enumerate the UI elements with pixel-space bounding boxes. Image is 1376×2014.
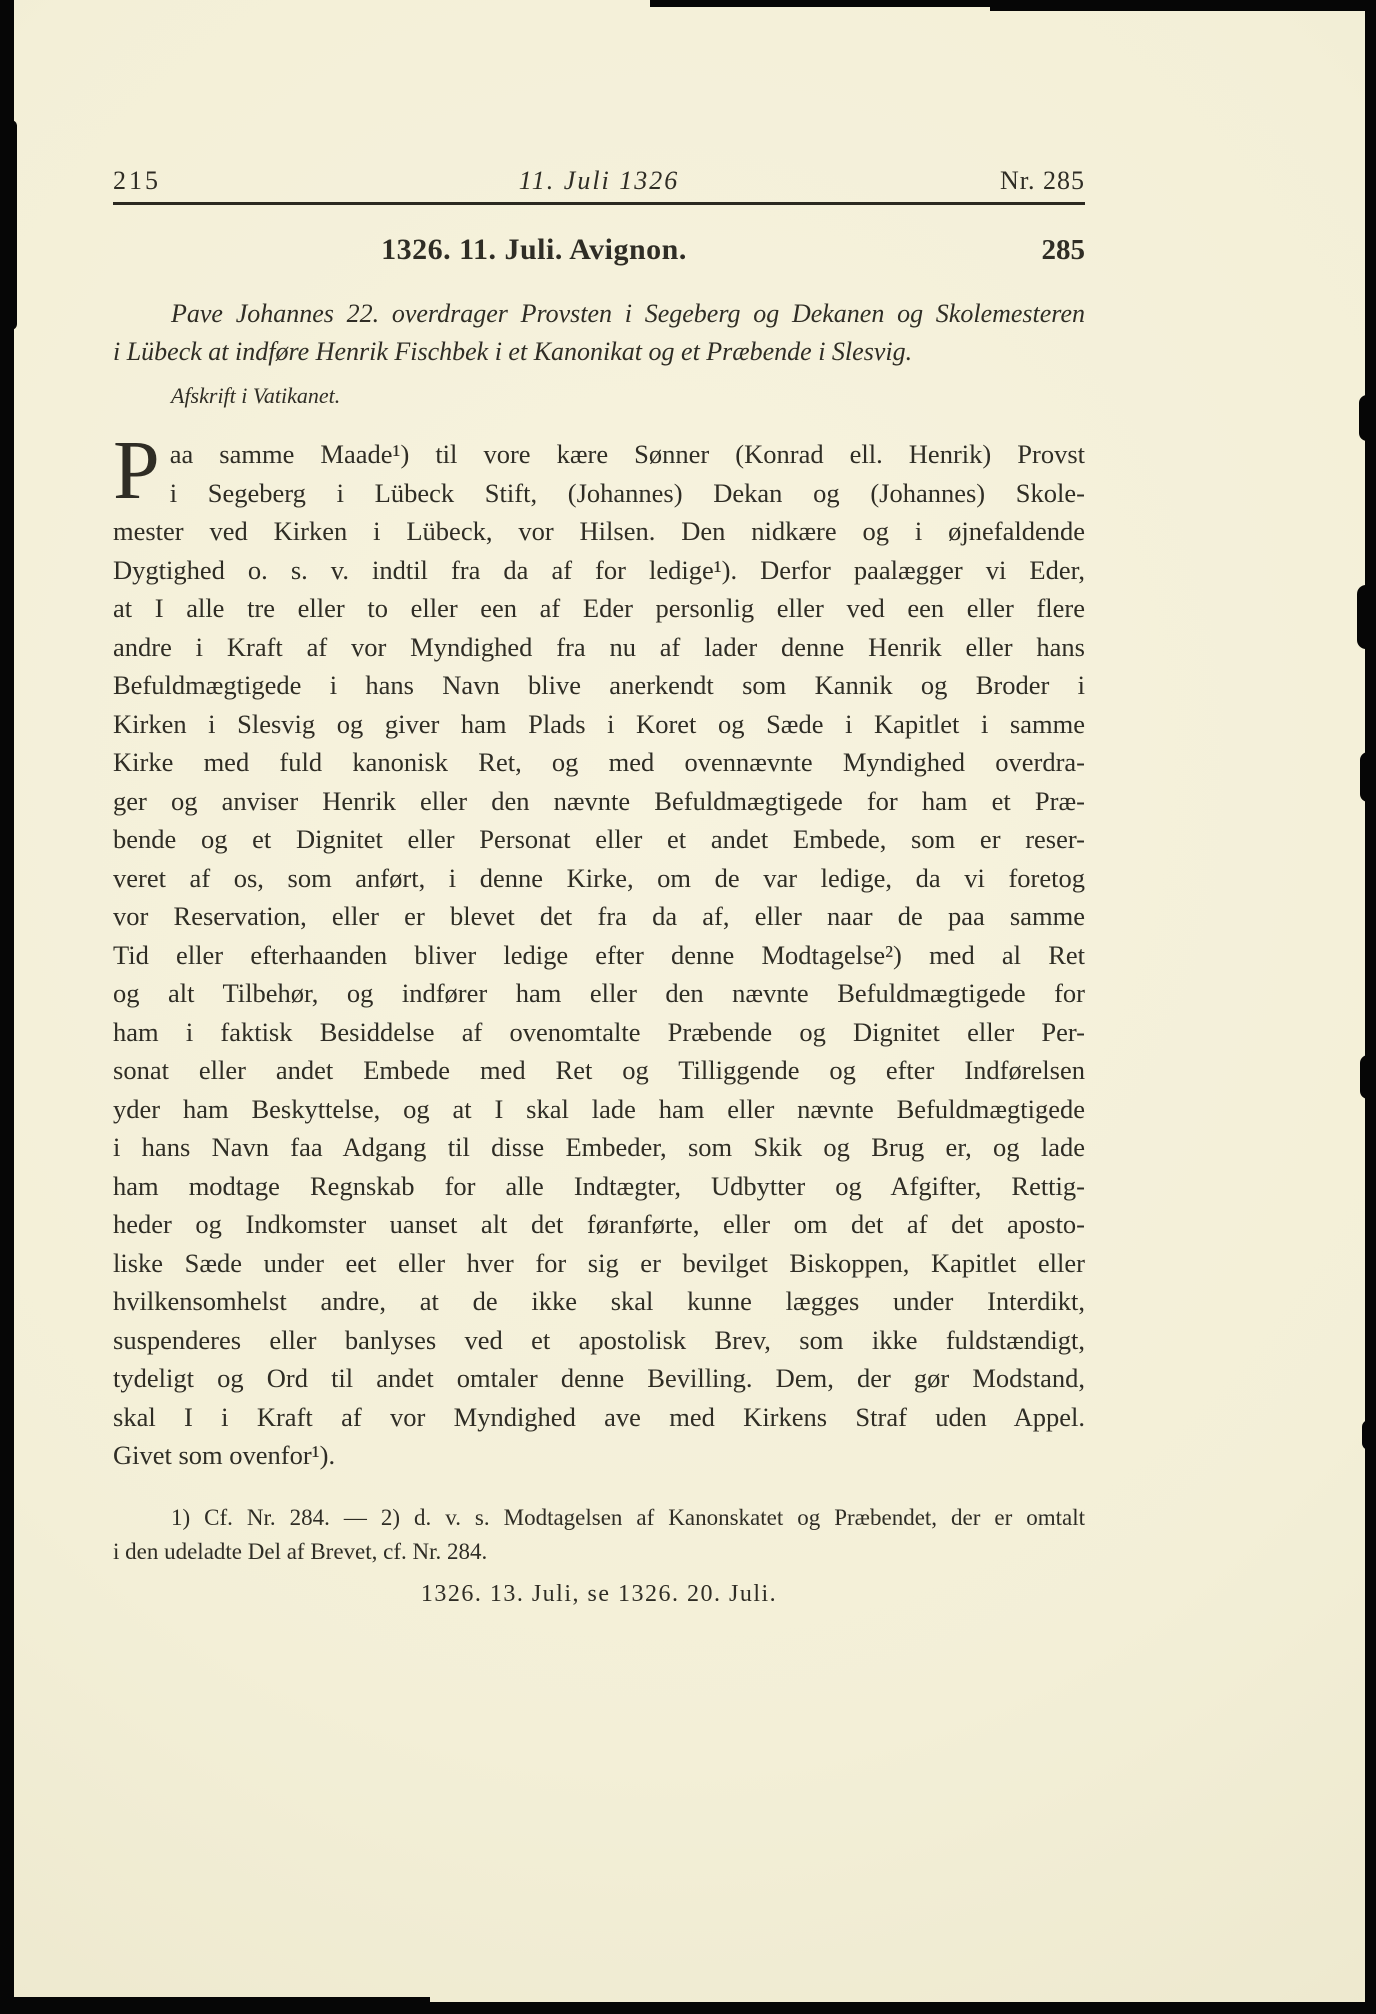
- body-line: veret af os, som anført, i denne Kirke, …: [113, 859, 1085, 898]
- footnotes: 1) Cf. Nr. 284. — 2) d. v. s. Modtagelse…: [113, 1501, 1085, 1569]
- body-line: suspenderes eller banlyses ved et aposto…: [113, 1321, 1085, 1360]
- body-line: Kirken i Slesvig og giver ham Plads i Ko…: [113, 705, 1085, 744]
- body-line: heder og Indkomster uanset alt det føran…: [113, 1205, 1085, 1244]
- document-title: 1326. 11. Juli. Avignon.: [113, 233, 955, 267]
- scan-edge-right-bump: [1359, 395, 1376, 441]
- scanned-book-page: 215 11. Juli 1326 Nr. 285 1326. 11. Juli…: [0, 0, 1376, 2014]
- body-line: i hans Navn faa Adgang til disse Embeder…: [113, 1128, 1085, 1167]
- summary-line: Pave Johannes 22. overdrager Provsten i …: [113, 295, 1085, 333]
- scan-edge-left-bump: [0, 120, 17, 330]
- body-line: sonat eller andet Embede med Ret og Till…: [113, 1051, 1085, 1090]
- summary-regest: Pave Johannes 22. overdrager Provsten i …: [113, 295, 1085, 371]
- letter-body: P aa samme Maade¹) til vore kære Sønner …: [113, 435, 1085, 1475]
- body-line: Givet som ovenfor¹).: [113, 1436, 1085, 1475]
- body-line: liske Sæde under eet eller hver for sig …: [113, 1244, 1085, 1283]
- drop-cap: P: [113, 435, 170, 511]
- running-date: 11. Juli 1326: [356, 166, 842, 196]
- body-line: ham i faktisk Besiddelse af ovenomtalte …: [113, 1013, 1085, 1052]
- body-line: aa samme Maade¹) til vore kære Sønner (K…: [113, 435, 1085, 474]
- scan-edge-right: [1365, 0, 1376, 2014]
- scan-edge-right-bump: [1360, 1055, 1376, 1099]
- body-line: ham modtage Regnskab for alle Indtægter,…: [113, 1167, 1085, 1206]
- document-number: Nr. 285: [842, 166, 1085, 196]
- scan-edge-right-bump: [1360, 752, 1376, 802]
- document-title-row: 1326. 11. Juli. Avignon. 285: [113, 233, 1085, 271]
- body-line: at I alle tre eller to eller een af Eder…: [113, 589, 1085, 628]
- body-line: mester ved Kirken i Lübeck, vor Hilsen. …: [113, 512, 1085, 551]
- document-title-number: 285: [1042, 234, 1086, 267]
- body-line: vor Reservation, eller er blevet det fra…: [113, 897, 1085, 936]
- scan-edge-top: [990, 0, 1376, 11]
- footnote-line: 1) Cf. Nr. 284. — 2) d. v. s. Modtagelse…: [113, 1501, 1085, 1535]
- summary-line: i Lübeck at indføre Henrik Fischbek i et…: [113, 333, 1085, 371]
- scan-edge-right-bump: [1362, 1420, 1376, 1450]
- body-line: ger og anviser Henrik eller den nævnte B…: [113, 782, 1085, 821]
- body-line: Dygtighed o. s. v. indtil fra da af for …: [113, 551, 1085, 590]
- cross-reference: 1326. 13. Juli, se 1326. 20. Juli.: [113, 1581, 1085, 1608]
- body-line: tydeligt og Ord til andet omtaler denne …: [113, 1359, 1085, 1398]
- body-line: andre i Kraft af vor Myndighed fra nu af…: [113, 628, 1085, 667]
- body-line: og alt Tilbehør, og indfører ham eller d…: [113, 974, 1085, 1013]
- source-note: Afskrift i Vatikanet.: [113, 383, 1085, 409]
- body-line: bende og et Dignitet eller Personat elle…: [113, 820, 1085, 859]
- running-header: 215 11. Juli 1326 Nr. 285: [113, 166, 1085, 196]
- body-line: Kirke med fuld kanonisk Ret, og med oven…: [113, 743, 1085, 782]
- body-line: Befuldmægtigede i hans Navn blive anerke…: [113, 666, 1085, 705]
- body-line: i Segeberg i Lübeck Stift, (Johannes) De…: [113, 474, 1085, 513]
- page-number: 215: [113, 166, 356, 196]
- page-content: 215 11. Juli 1326 Nr. 285 1326. 11. Juli…: [113, 0, 1085, 1608]
- scan-edge-bottom: [0, 1997, 430, 2005]
- header-rule: [113, 202, 1085, 205]
- footnote-line: i den udeladte Del af Brevet, cf. Nr. 28…: [113, 1535, 1085, 1569]
- scan-edge-right-bump: [1357, 585, 1376, 649]
- body-line: yder ham Beskyttelse, og at I skal lade …: [113, 1090, 1085, 1129]
- body-line: Tid eller efterhaanden bliver ledige eft…: [113, 936, 1085, 975]
- body-line: skal I i Kraft af vor Myndighed ave med …: [113, 1398, 1085, 1437]
- body-line: hvilkensomhelst andre, at de ikke skal k…: [113, 1282, 1085, 1321]
